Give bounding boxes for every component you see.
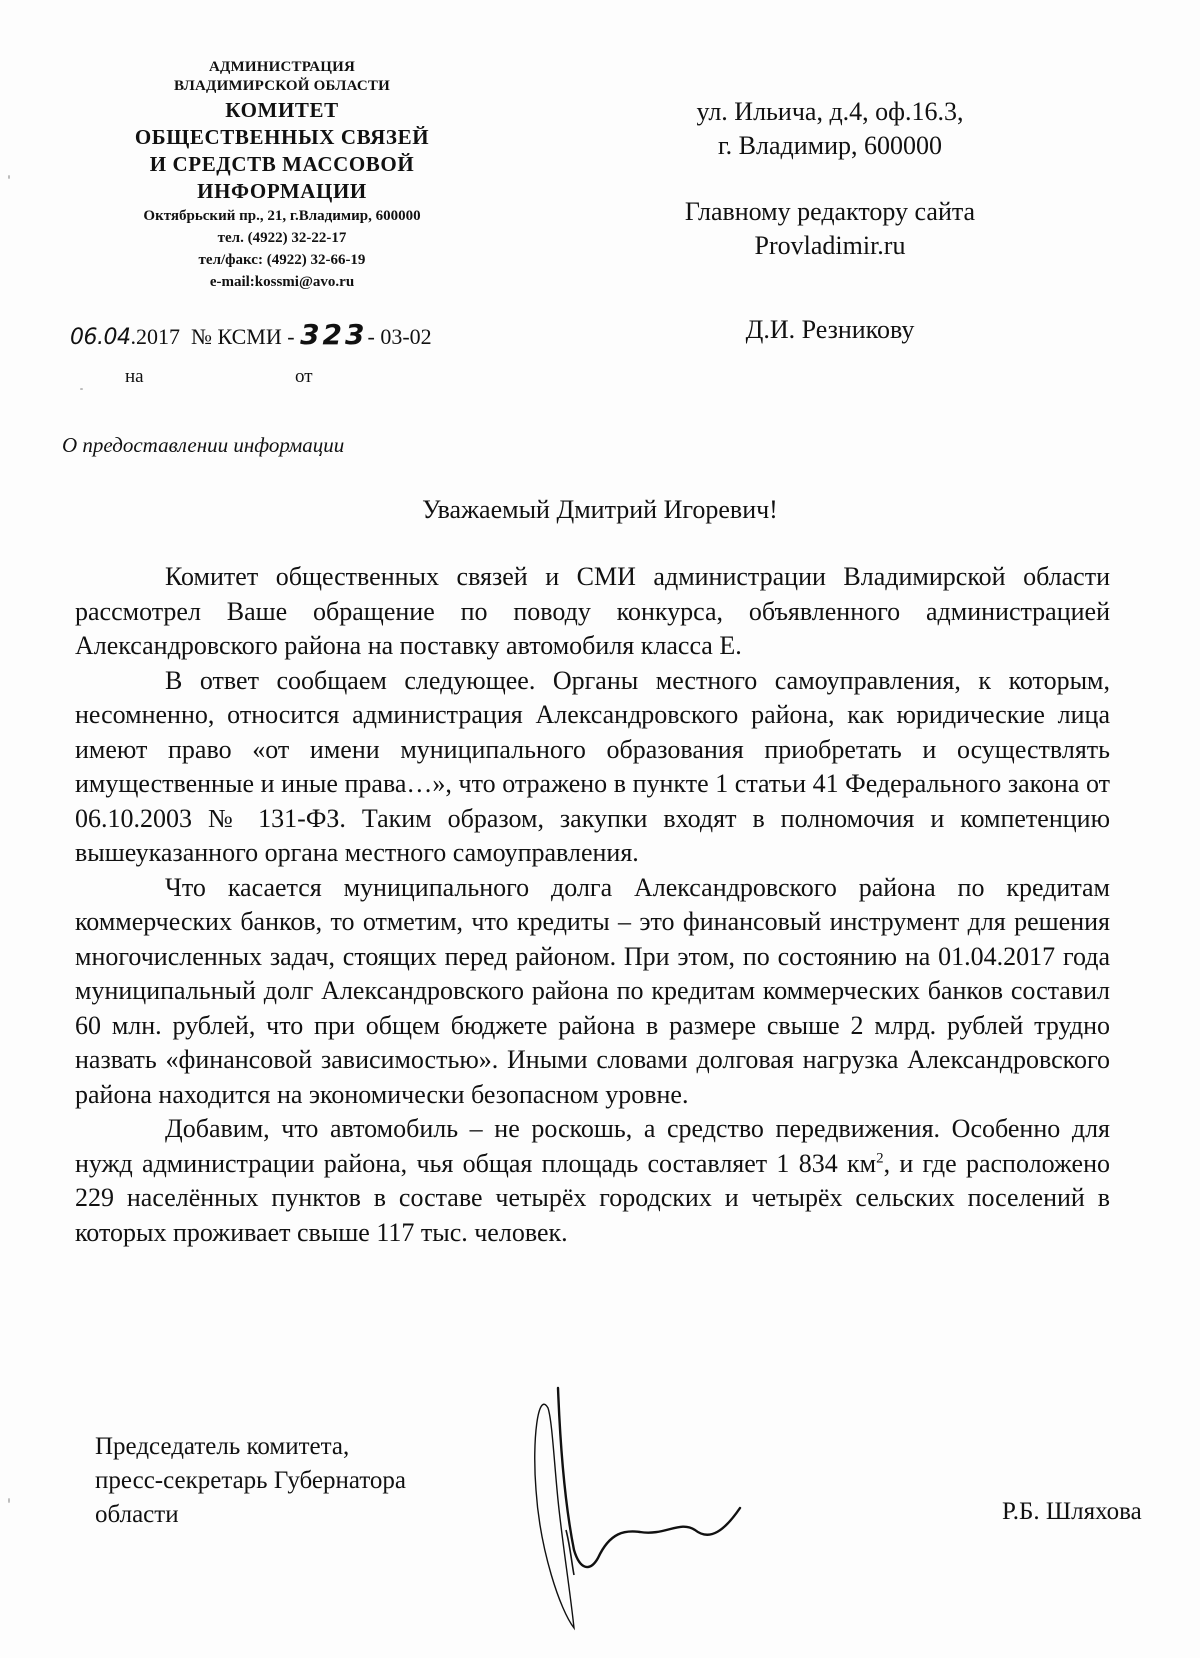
in-reply-to-label: на [125, 366, 144, 388]
recipient-address-line2: г. Владимир, 600000 [640, 129, 1020, 163]
body-paragraph-4: Добавим, что автомобиль – не роскошь, а … [75, 1112, 1110, 1250]
registration-date-handwritten: 06.04 [70, 325, 130, 350]
from-date-label: от [295, 366, 313, 388]
scan-speck [8, 175, 10, 179]
signatory-title-line3: области [95, 1498, 406, 1532]
letter-page: АДМИНИСТРАЦИЯ ВЛАДИМИРСКОЙ ОБЛАСТИ КОМИТ… [0, 0, 1200, 1658]
body-paragraph-2: В ответ сообщаем следующее. Органы местн… [75, 664, 1110, 871]
registration-number-suffix: - 03-02 [368, 324, 432, 349]
body-paragraph-1: Комитет общественных связей и СМИ админи… [75, 560, 1110, 664]
recipient-address-line1: ул. Ильича, д.4, оф.16.3, [640, 95, 1020, 129]
handwritten-signature-icon [530, 1380, 810, 1640]
greeting: Уважаемый Дмитрий Игоревич! [0, 495, 1200, 525]
letterhead-phone: тел. (4922) 32-22-17 [92, 228, 472, 248]
letterhead-committee-line3: И СРЕДСТВ МАССОВОЙ [92, 152, 472, 177]
signatory-title-line2: пресс-секретарь Губернатора [95, 1464, 406, 1498]
recipient-block: ул. Ильича, д.4, оф.16.3, г. Владимир, 6… [640, 95, 1020, 347]
recipient-position-line1: Главному редактору сайта [640, 195, 1020, 229]
letterhead-committee-line4: ИНФОРМАЦИИ [92, 179, 472, 204]
superscript-2: 2 [876, 1150, 884, 1166]
signatory-title: Председатель комитета, пресс-секретарь Г… [95, 1430, 406, 1532]
signatory-name: Р.Б. Шляхова [1002, 1498, 1142, 1526]
letterhead-administration-line2: ВЛАДИМИРСКОЙ ОБЛАСТИ [92, 77, 472, 96]
letterhead-address: Октябрьский пр., 21, г.Владимир, 600000 [92, 206, 472, 226]
scan-speck [8, 1498, 10, 1503]
signatory-title-line1: Председатель комитета, [95, 1430, 406, 1464]
registration-number-handwritten: 323 [300, 318, 367, 351]
recipient-position-line2: Provladimir.ru [640, 229, 1020, 263]
letterhead-committee-line1: КОМИТЕТ [92, 98, 472, 123]
letter-body: Комитет общественных связей и СМИ админи… [75, 560, 1110, 1250]
letterhead: АДМИНИСТРАЦИЯ ВЛАДИМИРСКОЙ ОБЛАСТИ КОМИТ… [92, 58, 472, 292]
letter-subject: О предоставлении информации [62, 433, 344, 458]
registration-year: .2017 [130, 324, 180, 349]
letterhead-administration-line1: АДМИНИСТРАЦИЯ [92, 58, 472, 77]
recipient-name: Д.И. Резникову [640, 313, 1020, 347]
registration-line: 06.04.2017 № КСМИ - 323- 03-02 [70, 318, 432, 351]
letterhead-fax: тел/факс: (4922) 32-66-19 [92, 250, 472, 270]
letterhead-email: e-mail:kossmi@avo.ru [92, 272, 472, 292]
registration-number-prefix: № КСМИ - [191, 324, 295, 349]
body-paragraph-3: Что касается муниципального долга Алекса… [75, 871, 1110, 1113]
scan-speck [80, 388, 83, 390]
letterhead-committee-line2: ОБЩЕСТВЕННЫХ СВЯЗЕЙ [92, 125, 472, 150]
